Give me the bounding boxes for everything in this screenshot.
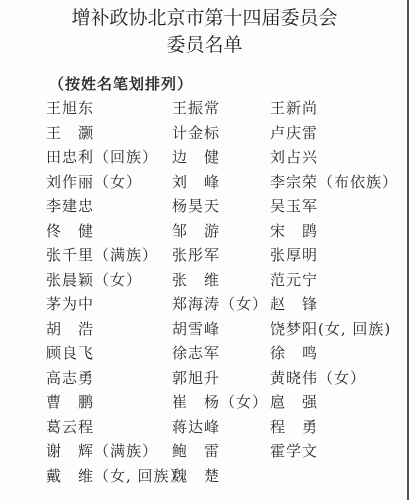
member-row: 曹 鹏 崔 杨（女） 扈 强 (46, 392, 386, 417)
member-row: 葛云程 蒋达峰 程 勇 (46, 417, 386, 442)
member-name: 霍学文 (270, 441, 318, 461)
member-name: 张彤军 (172, 245, 220, 265)
member-row: 戴 维（女, 回族） 魏 楚 (46, 466, 386, 491)
member-name: 王旭东 (46, 98, 94, 118)
member-name: 葛云程 (46, 417, 94, 437)
member-name: 王振常 (172, 98, 220, 118)
member-row: 田忠利（回族） 边 健 刘占兴 (46, 147, 386, 172)
member-name: 蒋达峰 (172, 417, 220, 437)
member-name: 李宗荣（布依族） (270, 172, 398, 192)
member-name: 扈 强 (270, 392, 318, 412)
member-name: 饶梦阳(女, 回族) (270, 319, 391, 339)
member-row: 顾良飞 徐志军 徐 鸣 (46, 343, 386, 368)
member-name: 刘 峰 (172, 172, 220, 192)
member-name: 张厚明 (270, 245, 318, 265)
member-row: 刘作丽（女） 刘 峰 李宗荣（布依族） (46, 172, 386, 197)
member-name: 吴玉军 (270, 196, 318, 216)
member-name: 郭旭升 (172, 368, 220, 388)
member-name: 谢 辉（满族） (46, 441, 158, 461)
member-row: 茅为中 郑海涛（女） 赵 锋 (46, 294, 386, 319)
member-name: 高志勇 (46, 368, 94, 388)
member-name: 茅为中 (46, 294, 94, 314)
member-row: 王 灏 计金标 卢庆雷 (46, 123, 386, 148)
member-name: 计金标 (172, 123, 220, 143)
member-row: 张千里（满族） 张彤军 张厚明 (46, 245, 386, 270)
member-name: 刘占兴 (270, 147, 318, 167)
member-name: 程 勇 (270, 417, 318, 437)
member-name: 佟 健 (46, 221, 94, 241)
member-name: 张千里（满族） (46, 245, 158, 265)
member-name: 黄晓伟（女） (270, 368, 366, 388)
member-row: 李建忠 杨昊天 吴玉军 (46, 196, 386, 221)
member-name: 徐 鸣 (270, 343, 318, 363)
member-name: 赵 锋 (270, 294, 318, 314)
member-name: 张 维 (172, 270, 220, 290)
member-name: 胡雪峰 (172, 319, 220, 339)
member-name: 田忠利（回族） (46, 147, 158, 167)
member-name: 边 健 (172, 147, 220, 167)
member-row: 谢 辉（满族） 鲍 雷 霍学文 (46, 441, 386, 466)
member-list: 王旭东 王振常 王新尚 王 灏 计金标 卢庆雷 田忠利（回族） 边 健 刘占兴 … (46, 98, 386, 490)
member-name: 宋 鹍 (270, 221, 318, 241)
member-name: 郑海涛（女） (172, 294, 268, 314)
member-name: 范元宁 (270, 270, 318, 290)
member-name: 刘作丽（女） (46, 172, 142, 192)
member-name: 王 灏 (46, 123, 94, 143)
member-name: 张晨颖（女） (46, 270, 142, 290)
member-name: 李建忠 (46, 196, 94, 216)
member-name: 魏 楚 (172, 466, 220, 486)
member-name: 杨昊天 (172, 196, 220, 216)
member-name: 王新尚 (270, 98, 318, 118)
member-name: 戴 维（女, 回族） (46, 466, 186, 486)
sorting-note: （按姓名笔划排列） (49, 73, 193, 94)
member-row: 高志勇 郭旭升 黄晓伟（女） (46, 368, 386, 393)
member-name: 邹 游 (172, 221, 220, 241)
member-row: 张晨颖（女） 张 维 范元宁 (46, 270, 386, 295)
member-name: 卢庆雷 (270, 123, 318, 143)
member-row: 佟 健 邹 游 宋 鹍 (46, 221, 386, 246)
member-name: 徐志军 (172, 343, 220, 363)
member-name: 鲍 雷 (172, 441, 220, 461)
member-row: 王旭东 王振常 王新尚 (46, 98, 386, 123)
document-title: 增补政协北京市第十四届委员会 (0, 3, 409, 30)
member-name: 胡 浩 (46, 319, 94, 339)
member-name: 曹 鹏 (46, 392, 94, 412)
member-name: 顾良飞 (46, 343, 94, 363)
member-name: 崔 杨（女） (172, 392, 268, 412)
member-row: 胡 浩 胡雪峰 饶梦阳(女, 回族) (46, 319, 386, 344)
document-subtitle: 委员名单 (0, 30, 409, 57)
